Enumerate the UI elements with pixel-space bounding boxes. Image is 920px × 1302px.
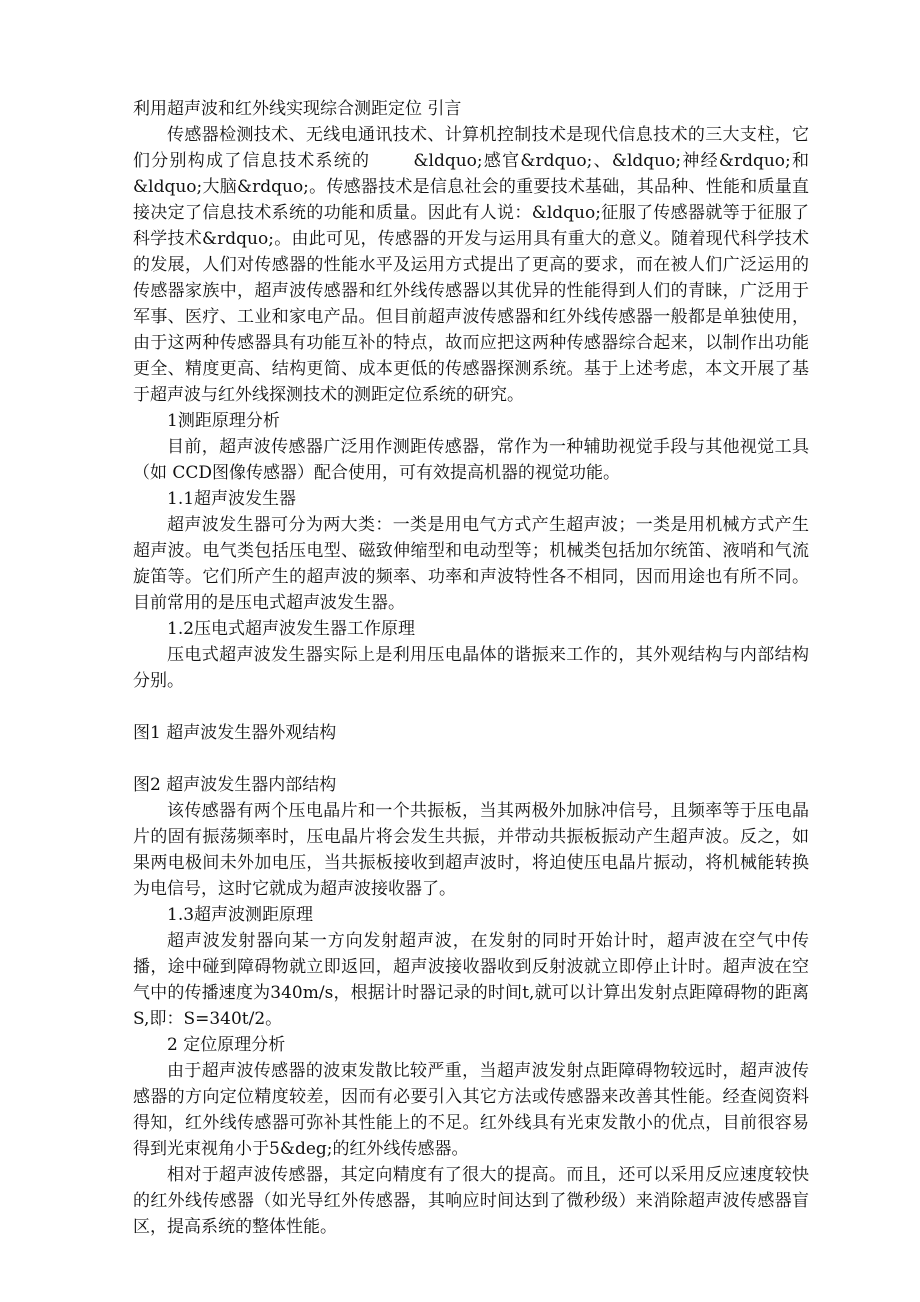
paragraph-1-3: 超声波发射器向某一方向发射超声波，在发射的同时开始计时，超声波在空气中传播，途中… [133,928,809,1032]
paragraph-1-2: 压电式超声波发生器实际上是利用压电晶体的谐振来工作的，其外观结构与内部结构分别。 [133,642,809,694]
section-heading-1-1: 1.1超声波发生器 [133,486,809,512]
figure-1-caption: 图1 超声波发生器外观结构 [133,720,809,746]
paragraph-1-1: 超声波发生器可分为两大类：一类是用电气方式产生超声波；一类是用机械方式产生超声波… [133,512,809,616]
section-heading-1-2: 1.2压电式超声波发生器工作原理 [133,616,809,642]
paragraph-intro: 传感器检测技术、无线电通讯技术、计算机控制技术是现代信息技术的三大支柱，它们分别… [133,122,809,408]
paragraph-2b: 相对于超声波传感器，其定向精度有了很大的提高。而且，还可以采用反应速度较快的红外… [133,1162,809,1240]
document-page: 利用超声波和红外线实现综合测距定位 引言 传感器检测技术、无线电通讯技术、计算机… [133,96,809,1240]
section-heading-2: 2 定位原理分析 [133,1032,809,1058]
paragraph-2a: 由于超声波传感器的波束发散比较严重，当超声波发射点距障碍物较远时，超声波传感器的… [133,1058,809,1162]
figure-2-caption: 图2 超声波发生器内部结构 [133,772,809,798]
paragraph-piezo: 该传感器有两个压电晶片和一个共振板，当其两极外加脉冲信号，且频率等于压电晶片的固… [133,798,809,902]
figure-2-placeholder [133,746,809,772]
document-title: 利用超声波和红外线实现综合测距定位 引言 [133,96,809,122]
paragraph-1: 目前，超声波传感器广泛用作测距传感器，常作为一种辅助视觉手段与其他视觉工具（如 … [133,434,809,486]
section-heading-1-3: 1.3超声波测距原理 [133,902,809,928]
figure-1-placeholder [133,694,809,720]
section-heading-1: 1测距原理分析 [133,408,809,434]
